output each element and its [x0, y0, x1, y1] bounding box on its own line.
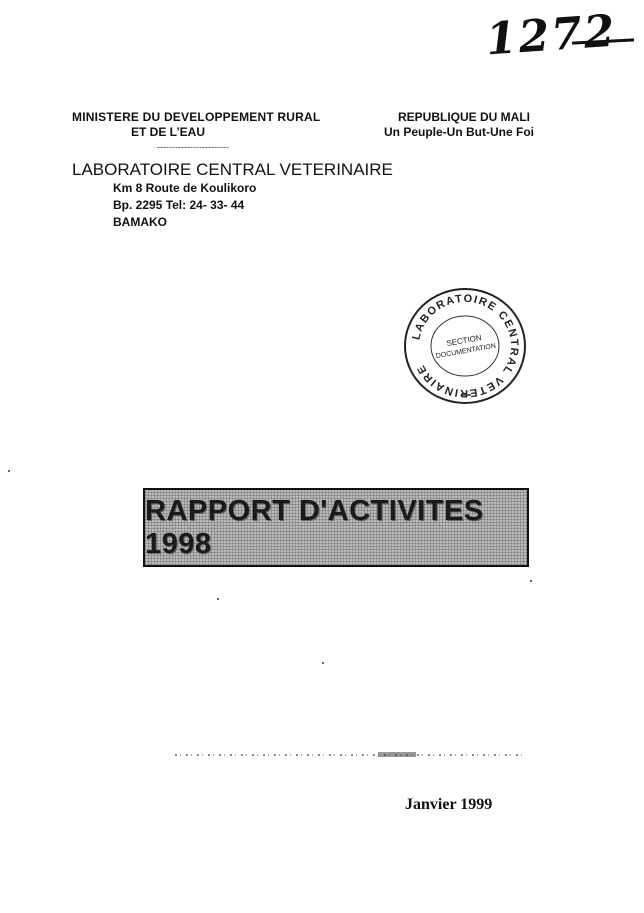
laboratory-city: BAMAKO	[113, 215, 167, 229]
scan-speck	[322, 662, 324, 664]
documentation-stamp: LABORATOIRE CENTRAL VETERINAIRE SECTION …	[399, 285, 531, 407]
header-separator: ------------------------	[157, 142, 229, 152]
svg-text:LABORATOIRE CENTRAL VETERINAIR: LABORATOIRE CENTRAL VETERINAIRE	[410, 293, 520, 399]
laboratory-address-line2: Bp. 2295 Tel: 24- 33- 44	[113, 198, 244, 212]
scan-speck	[217, 598, 219, 600]
document-date: Janvier 1999	[405, 796, 492, 814]
country-motto: Un Peuple-Un But-Une Foi	[384, 125, 534, 139]
ministry-name-line1: MINISTERE DU DEVELOPPEMENT RURAL	[72, 110, 320, 124]
handwritten-reference-number: 1272	[484, 6, 618, 66]
ministry-name-line2: ET DE L’EAU	[131, 125, 205, 139]
report-title-box: RAPPORT D'ACTIVITES 1998	[143, 488, 529, 567]
scan-noise-line	[175, 754, 527, 756]
stamp-center-line2: DOCUMENTATION	[435, 343, 496, 360]
country-name: REPUBLIQUE DU MALI	[398, 110, 530, 124]
scan-noise-mark	[378, 752, 416, 757]
laboratory-address-line1: Km 8 Route de Koulikoro	[113, 181, 256, 195]
laboratory-name: LABORATOIRE CENTRAL VETERINAIRE	[72, 160, 393, 180]
scan-speck	[8, 470, 10, 472]
report-title: RAPPORT D'ACTIVITES 1998	[145, 495, 527, 561]
stamp-ring-text: LABORATOIRE CENTRAL VETERINAIRE	[410, 293, 520, 399]
scan-speck	[530, 580, 532, 582]
